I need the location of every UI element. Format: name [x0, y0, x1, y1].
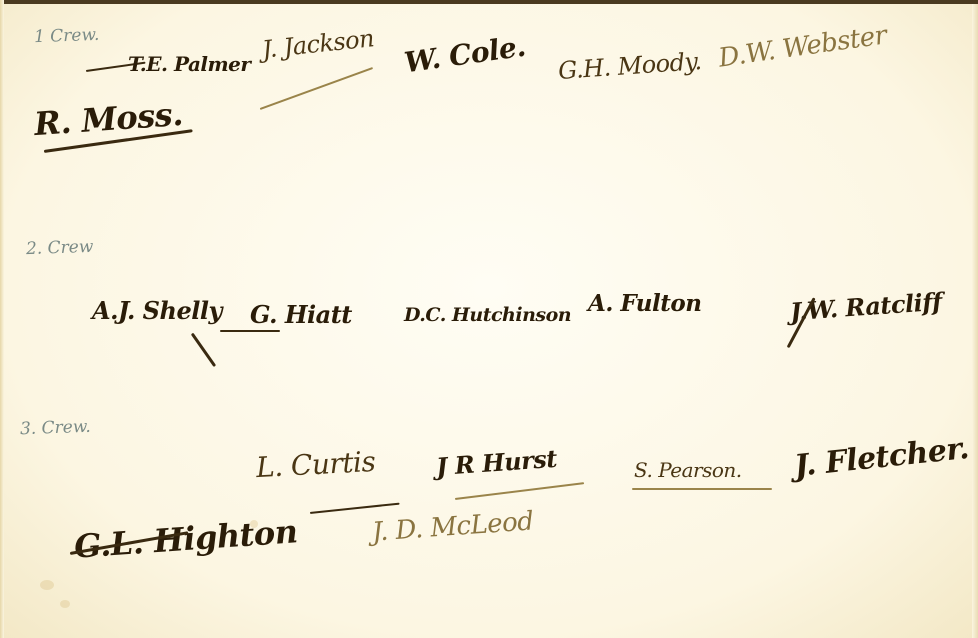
- paper-stain: [40, 580, 54, 590]
- signature: J.W. Ratcliff: [789, 287, 943, 327]
- signature: T.E. Palmer: [128, 52, 250, 76]
- signature: G.L. Highton: [73, 512, 299, 566]
- pen-flourish: [632, 488, 772, 490]
- signature-card: 1 Crew. T.E. Palmer J. Jackson W. Cole. …: [0, 0, 978, 638]
- section-label-3-crew: 3. Crew.: [20, 417, 91, 439]
- right-edge: [972, 4, 978, 638]
- signature: G.H. Moody.: [557, 47, 702, 85]
- signature: J. Jackson: [261, 24, 375, 64]
- signature: J. Fletcher.: [793, 431, 971, 484]
- signature: D.W. Webster: [717, 20, 889, 73]
- signature: J. D. McLeod: [371, 506, 534, 547]
- signature: D.C. Hutchinson: [404, 304, 571, 326]
- signature: W. Cole.: [402, 30, 527, 80]
- signature: G. Hiatt: [250, 300, 352, 329]
- section-label-2-crew: 2. Crew: [26, 237, 94, 259]
- signature: A.J. Shelly: [92, 296, 222, 325]
- pen-flourish: [310, 503, 400, 514]
- pen-flourish: [455, 482, 584, 500]
- pen-flourish: [260, 67, 373, 110]
- section-label-1-crew: 1 Crew.: [34, 25, 100, 47]
- signature: J R Hurst: [435, 444, 558, 481]
- pen-flourish: [220, 330, 280, 332]
- top-edge-line: [0, 0, 978, 4]
- signature: L. Curtis: [255, 445, 376, 484]
- signature: S. Pearson.: [634, 458, 742, 482]
- signature: A. Fulton: [588, 290, 701, 317]
- pen-flourish: [191, 333, 216, 367]
- left-edge: [0, 0, 4, 638]
- paper-stain: [60, 600, 70, 608]
